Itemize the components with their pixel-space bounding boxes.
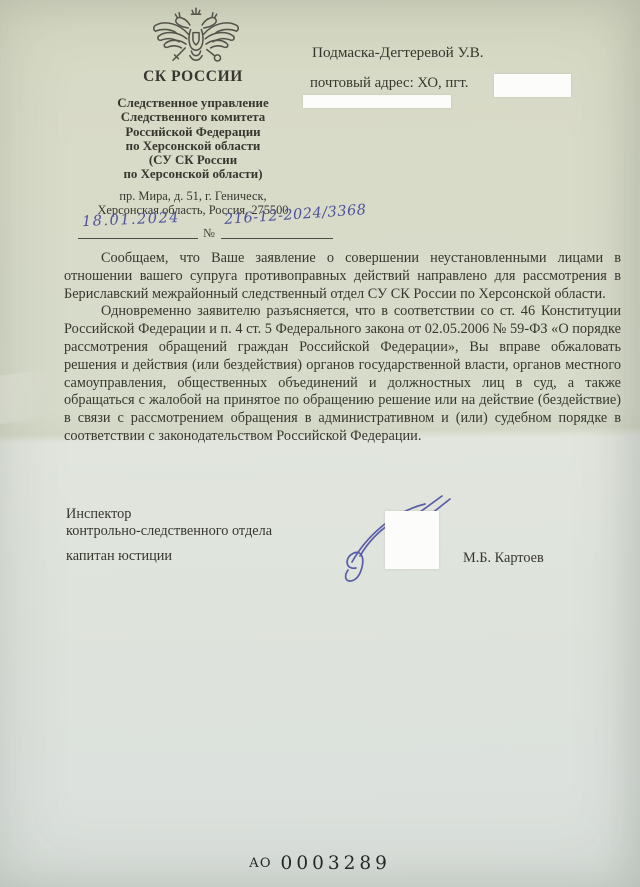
org-address-line: пр. Мира, д. 51, г. Геническ, bbox=[68, 189, 318, 203]
signer-position-line: контрольно-следственного отдела bbox=[66, 523, 272, 540]
letterhead-block: СК РОССИИ Следственное управление Следст… bbox=[68, 68, 318, 217]
signer-rank: капитан юстиции bbox=[66, 548, 172, 565]
org-name-line: Российской Федерации bbox=[68, 125, 318, 139]
signer-position: Инспектор контрольно-следственного отдел… bbox=[66, 506, 272, 539]
signer-position-line: Инспектор bbox=[66, 506, 272, 523]
paper-crease bbox=[0, 367, 73, 424]
form-serial: АО0003289 bbox=[0, 853, 640, 874]
redaction-box bbox=[494, 74, 571, 97]
org-name-line: Следственное управление bbox=[68, 96, 318, 110]
org-short-name: СК РОССИИ bbox=[68, 68, 318, 86]
form-serial-number: 0003289 bbox=[281, 853, 391, 874]
org-name-line: по Херсонской области) bbox=[68, 167, 318, 181]
org-name-line: по Херсонской области bbox=[68, 139, 318, 153]
number-sign-label: № bbox=[203, 226, 215, 241]
redaction-box bbox=[385, 511, 439, 569]
scanned-letter-page: СК РОССИИ Следственное управление Следст… bbox=[0, 0, 640, 887]
coat-of-arms-eagle-icon bbox=[150, 5, 242, 71]
recipient-postal-address: почтовый адрес: ХО, пгт. bbox=[310, 75, 468, 92]
body-paragraph-1: Сообщаем, что Ваше заявление о совершени… bbox=[64, 250, 621, 303]
org-name-line: (СУ СК России bbox=[68, 153, 318, 167]
redaction-box bbox=[303, 95, 451, 108]
signer-name: М.Б. Картоев bbox=[463, 550, 544, 567]
form-serial-prefix: АО bbox=[249, 856, 272, 871]
recipient-name: Подмаска-Дегтеревой У.В. bbox=[312, 44, 484, 62]
letter-body: Сообщаем, что Ваше заявление о совершени… bbox=[64, 250, 621, 446]
org-name-line: Следственного комитета bbox=[68, 110, 318, 124]
body-paragraph-2: Одновременно заявителю разъясняется, что… bbox=[64, 303, 621, 445]
